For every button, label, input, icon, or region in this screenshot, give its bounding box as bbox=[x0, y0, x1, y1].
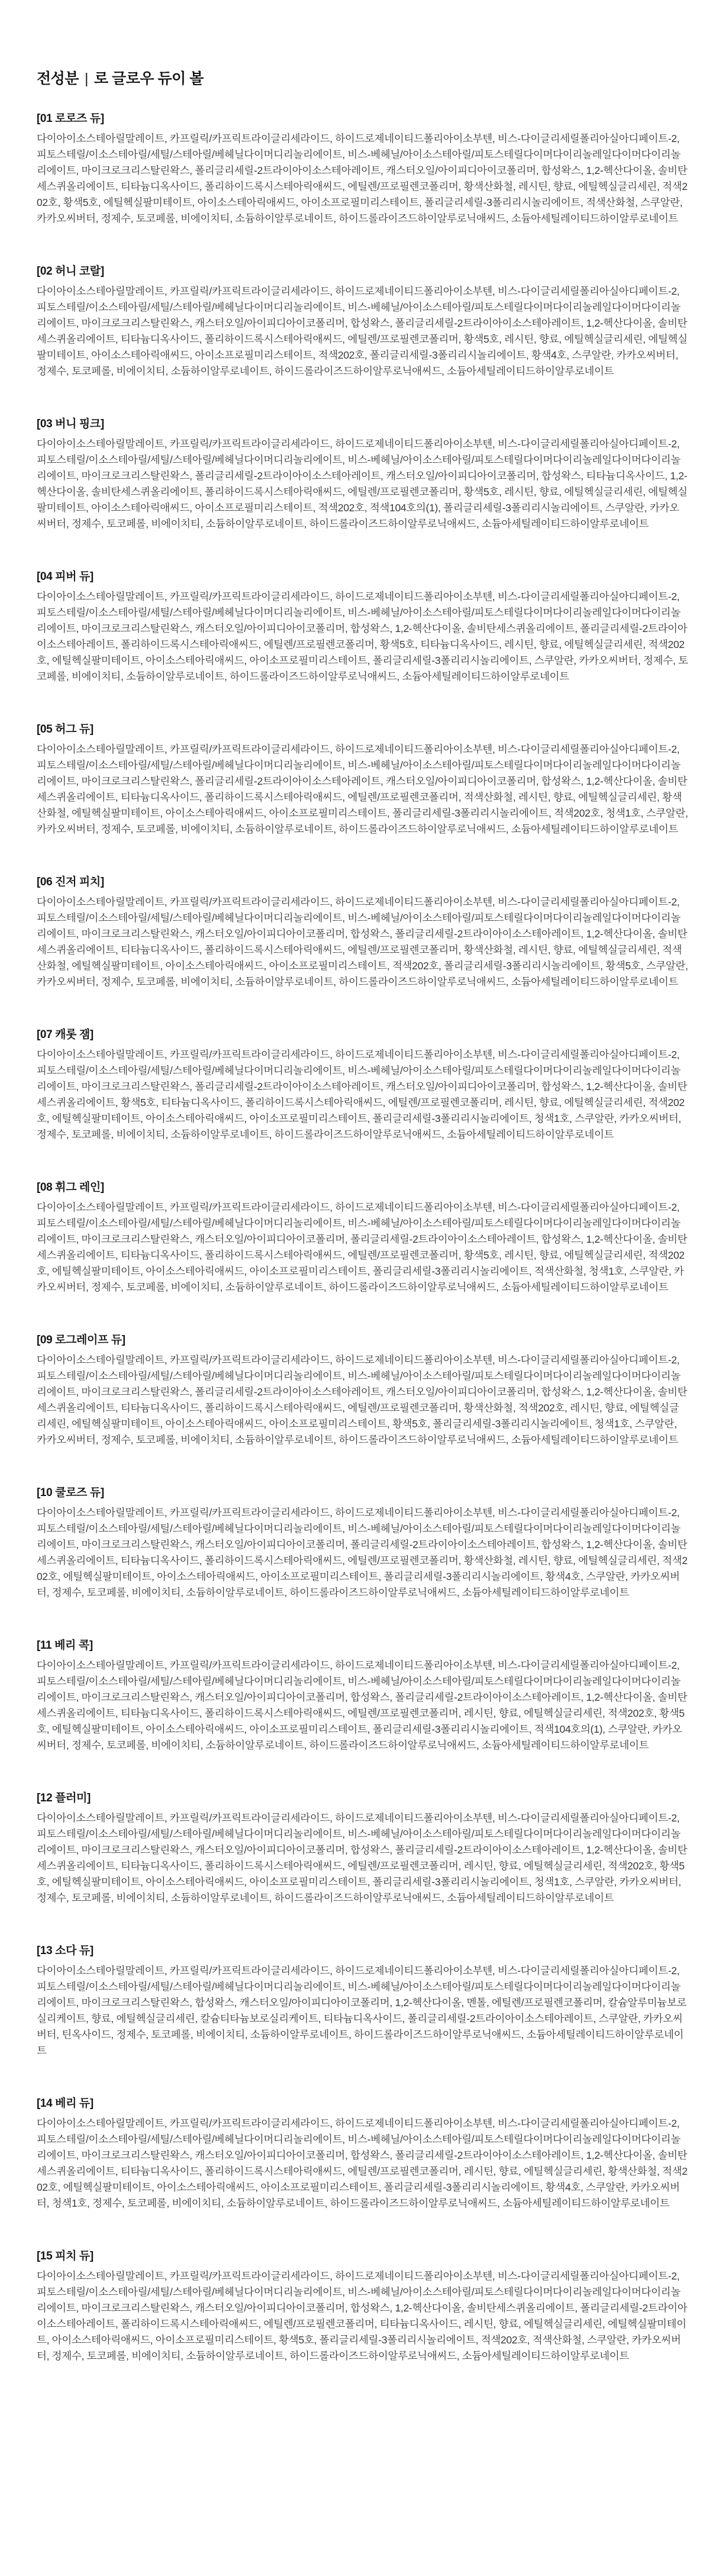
section-ingredients: 다이아이소스테아릴말레이트, 카프릴릭/카프릭트라이글리세라이드, 하이드로제네… bbox=[37, 741, 689, 837]
section-ingredients: 다이아이소스테아릴말레이트, 카프릴릭/카프릭트라이글리세라이드, 하이드로제네… bbox=[37, 131, 689, 227]
ingredient-section-01: [01 로로즈 듀] 다이아이소스테아릴말레이트, 카프릴릭/카프릭트라이글리세… bbox=[37, 111, 689, 227]
section-ingredients: 다이아이소스테아릴말레이트, 카프릴릭/카프릭트라이글리세라이드, 하이드로제네… bbox=[37, 283, 689, 379]
section-label: [14 베리 듀] bbox=[37, 2095, 689, 2111]
ingredient-section-14: [14 베리 듀] 다이아이소스테아릴말레이트, 카프릴릭/카프릭트라이글리세라… bbox=[37, 2095, 689, 2211]
page-title-section-label: 전성분 bbox=[37, 70, 79, 87]
section-label: [01 로로즈 듀] bbox=[37, 111, 689, 127]
section-ingredients: 다이아이소스테아릴말레이트, 카프릴릭/카프릭트라이글리세라이드, 하이드로제네… bbox=[37, 1658, 689, 1753]
page-title: 전성분|로 글로우 듀이 볼 bbox=[37, 70, 689, 88]
section-label: [03 버니 핑크] bbox=[37, 416, 689, 432]
section-ingredients: 다이아이소스테아릴말레이트, 카프릴릭/카프릭트라이글리세라이드, 하이드로제네… bbox=[37, 1810, 689, 1906]
ingredient-section-09: [09 로그레이프 듀] 다이아이소스테아릴말레이트, 카프릴릭/카프릭트라이글… bbox=[37, 1332, 689, 1448]
page-title-product-name: 로 글로우 듀이 볼 bbox=[94, 70, 204, 87]
ingredient-section-06: [06 진저 피치] 다이아이소스테아릴말레이트, 카프릴릭/카프릭트라이글리세… bbox=[37, 874, 689, 990]
ingredient-section-02: [02 허니 코랄] 다이아이소스테아릴말레이트, 카프릴릭/카프릭트라이글리세… bbox=[37, 263, 689, 379]
section-ingredients: 다이아이소스테아릴말레이트, 카프릴릭/카프릭트라이글리세라이드, 하이드로제네… bbox=[37, 1505, 689, 1601]
section-ingredients: 다이아이소스테아릴말레이트, 카프릴릭/카프릭트라이글리세라이드, 하이드로제네… bbox=[37, 2116, 689, 2211]
ingredient-section-04: [04 피버 듀] 다이아이소스테아릴말레이트, 카프릴릭/카프릭트라이글리세라… bbox=[37, 569, 689, 685]
section-ingredients: 다이아이소스테아릴말레이트, 카프릴릭/카프릭트라이글리세라이드, 하이드로제네… bbox=[37, 2268, 689, 2364]
section-ingredients: 다이아이소스테아릴말레이트, 카프릴릭/카프릭트라이글리세라이드, 하이드로제네… bbox=[37, 1200, 689, 1295]
ingredient-section-05: [05 허그 듀] 다이아이소스테아릴말레이트, 카프릴릭/카프릭트라이글리세라… bbox=[37, 721, 689, 837]
section-ingredients: 다이아이소스테아릴말레이트, 카프릴릭/카프릭트라이글리세라이드, 하이드로제네… bbox=[37, 589, 689, 685]
section-label: [08 휘그 레인] bbox=[37, 1179, 689, 1195]
section-label: [04 피버 듀] bbox=[37, 569, 689, 585]
section-ingredients: 다이아이소스테아릴말레이트, 카프릴릭/카프릭트라이글리세라이드, 하이드로제네… bbox=[37, 1047, 689, 1143]
section-label: [02 허니 코랄] bbox=[37, 263, 689, 279]
section-label: [15 피치 듀] bbox=[37, 2248, 689, 2264]
section-label: [06 진저 피치] bbox=[37, 874, 689, 890]
ingredient-section-07: [07 캐롯 잼] 다이아이소스테아릴말레이트, 카프릴릭/카프릭트라이글리세라… bbox=[37, 1027, 689, 1143]
section-ingredients: 다이아이소스테아릴말레이트, 카프릴릭/카프릭트라이글리세라이드, 하이드로제네… bbox=[37, 1963, 689, 2059]
section-label: [09 로그레이프 듀] bbox=[37, 1332, 689, 1348]
section-label: [13 소다 듀] bbox=[37, 1943, 689, 1959]
ingredients-page: 전성분|로 글로우 듀이 볼 [01 로로즈 듀] 다이아이소스테아릴말레이트,… bbox=[0, 0, 710, 2435]
title-divider: | bbox=[85, 70, 88, 88]
section-ingredients: 다이아이소스테아릴말레이트, 카프릴릭/카프릭트라이글리세라이드, 하이드로제네… bbox=[37, 894, 689, 990]
ingredient-section-11: [11 베리 콕] 다이아이소스테아릴말레이트, 카프릴릭/카프릭트라이글리세라… bbox=[37, 1637, 689, 1753]
section-label: [11 베리 콕] bbox=[37, 1637, 689, 1653]
section-ingredients: 다이아이소스테아릴말레이트, 카프릴릭/카프릭트라이글리세라이드, 하이드로제네… bbox=[37, 1352, 689, 1448]
ingredient-section-12: [12 플러미] 다이아이소스테아릴말레이트, 카프릴릭/카프릭트라이글리세라이… bbox=[37, 1790, 689, 1906]
section-label: [12 플러미] bbox=[37, 1790, 689, 1806]
section-label: [07 캐롯 잼] bbox=[37, 1027, 689, 1043]
section-ingredients: 다이아이소스테아릴말레이트, 카프릴릭/카프릭트라이글리세라이드, 하이드로제네… bbox=[37, 436, 689, 532]
ingredient-section-08: [08 휘그 레인] 다이아이소스테아릴말레이트, 카프릴릭/카프릭트라이글리세… bbox=[37, 1179, 689, 1295]
ingredient-section-10: [10 쿨로즈 듀] 다이아이소스테아릴말레이트, 카프릴릭/카프릭트라이글리세… bbox=[37, 1485, 689, 1601]
ingredient-section-03: [03 버니 핑크] 다이아이소스테아릴말레이트, 카프릴릭/카프릭트라이글리세… bbox=[37, 416, 689, 532]
ingredient-section-15: [15 피치 듀] 다이아이소스테아릴말레이트, 카프릴릭/카프릭트라이글리세라… bbox=[37, 2248, 689, 2364]
section-label: [10 쿨로즈 듀] bbox=[37, 1485, 689, 1501]
ingredient-section-13: [13 소다 듀] 다이아이소스테아릴말레이트, 카프릴릭/카프릭트라이글리세라… bbox=[37, 1943, 689, 2059]
section-label: [05 허그 듀] bbox=[37, 721, 689, 737]
